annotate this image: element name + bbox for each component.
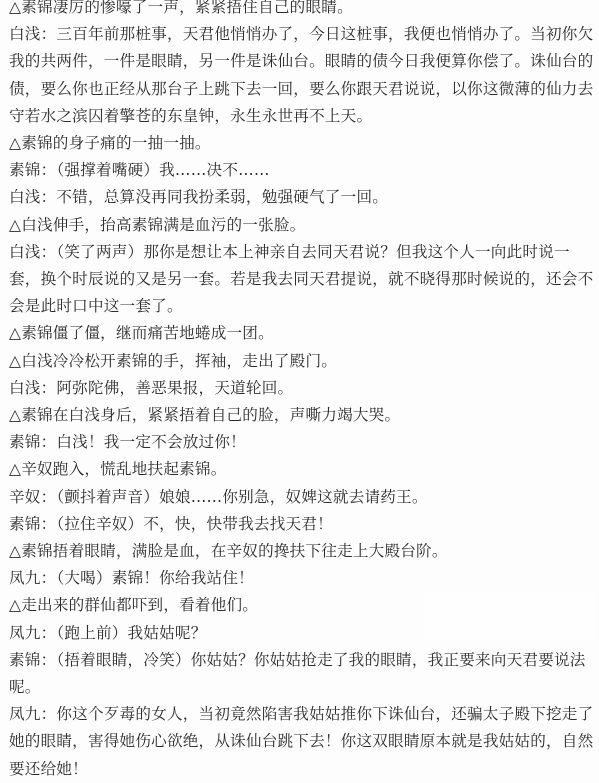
dialogue-line: 白浅：不错，总算没再同我扮柔弱，勉强硬气了一回。	[9, 184, 594, 211]
stage-direction: △素锦僵了僵，继而痛苦地蜷成一团。	[9, 320, 594, 347]
stage-direction: △白浅伸手，抬高素锦满是血污的一张脸。	[9, 212, 594, 239]
dialogue-line: 素锦：白浅！我一定不会放过你！	[9, 429, 594, 456]
dialogue-line: 白浅：阿弥陀佛，善恶果报，天道轮回。	[9, 375, 594, 402]
stage-direction: △素锦的身子痛的一抽一抽。	[9, 130, 594, 157]
script-document: △素锦凄厉的惨嚎了一声，紧紧捂住自己的眼睛。 白浅：三百年前那桩事，天君他悄悄办…	[9, 0, 594, 643]
dialogue-line: 凤九：（大喝）素锦！你给我站住！	[9, 565, 594, 592]
stage-direction: △素锦凄厉的惨嚎了一声，紧紧捂住自己的眼睛。	[9, 0, 594, 21]
dialogue-line: 白浅：（笑了两声）那你是想让本上神亲自去同天君说？但我这个人一向此时说一套，换个…	[9, 239, 594, 321]
stage-direction: △白浅冷冷松开素锦的手，挥袖，走出了殿门。	[9, 348, 594, 375]
dialogue-line: 素锦：（强撑着嘴硬）我……决不……	[9, 157, 594, 184]
dialogue-line: 白浅：三百年前那桩事，天君他悄悄办了，今日这桩事，我便也悄悄办了。当初你欠我的共…	[9, 21, 594, 130]
stage-direction: △素锦捂着眼睛，满脸是血，在辛奴的搀扶下往走上大殿台阶。	[9, 538, 594, 565]
stage-direction: △辛奴跑入，慌乱地扶起素锦。	[9, 456, 594, 483]
watermark-overlay	[425, 593, 595, 641]
stage-direction: △素锦在白浅身后，紧紧捂着自己的脸，声嘶力竭大哭。	[9, 402, 594, 429]
dialogue-line: 辛奴：（颤抖着声音）娘娘……你别急，奴婢这就去请药王。	[9, 484, 594, 511]
dialogue-line: 素锦：（拉住辛奴）不，快，快带我去找天君！	[9, 511, 594, 538]
